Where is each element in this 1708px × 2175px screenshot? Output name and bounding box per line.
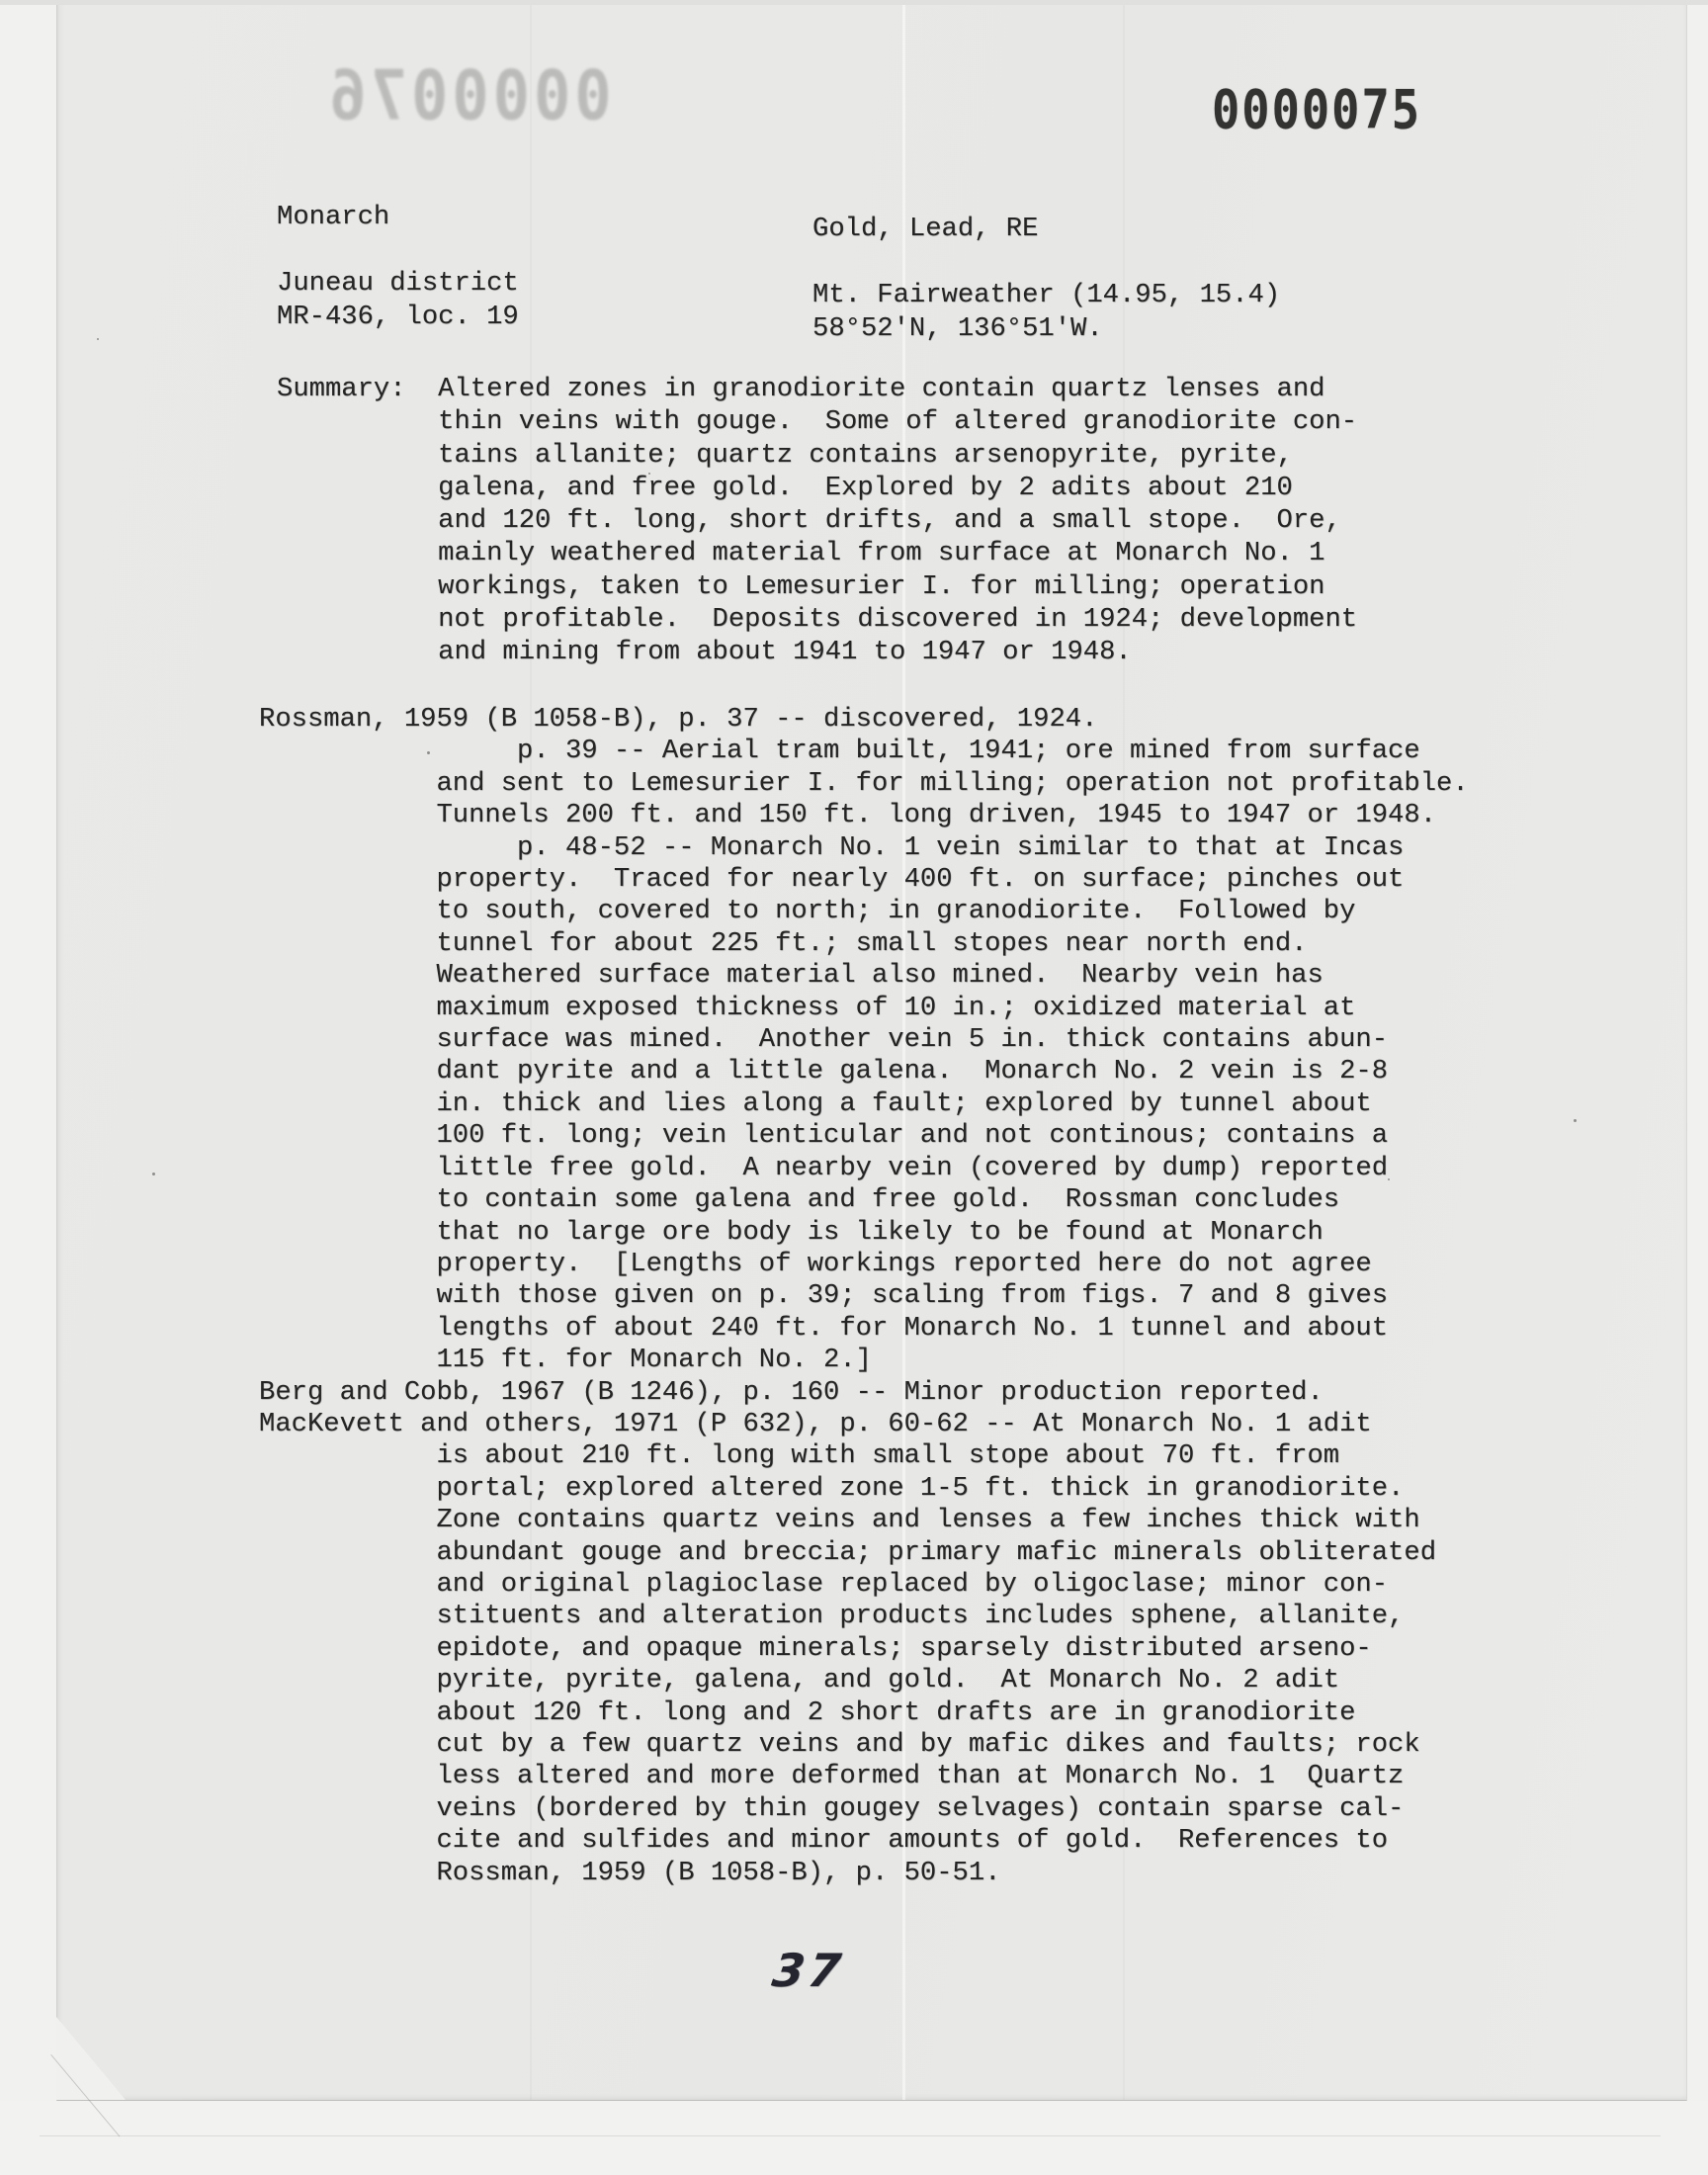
document-line: maximum exposed thickness of 10 in.; oxi…	[259, 993, 1469, 1024]
handwritten-page-number: 37	[769, 1944, 848, 1997]
document-line: tains allanite; quartz contains arsenopy…	[277, 439, 1357, 472]
document-line: Weathered surface material also mined. N…	[259, 960, 1469, 992]
document-line: little free gold. A nearby vein (covered…	[259, 1153, 1469, 1184]
document-line: Tunnels 200 ft. and 150 ft. long driven,…	[259, 800, 1469, 831]
document-line: and 120 ft. long, short drifts, and a sm…	[277, 504, 1357, 537]
document-line: workings, taken to Lemesurier I. for mil…	[277, 570, 1357, 603]
document-line: 115 ft. for Monarch No. 2.]	[259, 1345, 1469, 1376]
document-line: property. [Lengths of workings reported …	[259, 1249, 1469, 1280]
document-line: not profitable. Deposits discovered in 1…	[277, 603, 1357, 636]
document-line: with those given on p. 39; scaling from …	[259, 1280, 1469, 1312]
scan-bottom-margin	[0, 2101, 1708, 2175]
document-line: and sent to Lemesurier I. for milling; o…	[259, 768, 1469, 800]
document-line: Gold, Lead, RE	[812, 213, 1280, 246]
document-line: Rossman, 1959 (B 1058-B), p. 37 -- disco…	[259, 704, 1469, 736]
document-line: veins (bordered by thin gougey selvages)…	[259, 1793, 1469, 1825]
document-line: cite and sulfides and minor amounts of g…	[259, 1825, 1469, 1857]
scanned-page: { "stamps": { "serial_number": "0000075"…	[0, 0, 1708, 2175]
mirrored-bleedthrough-stamp: 0000076	[314, 55, 623, 136]
document-line: pyrite, pyrite, galena, and gold. At Mon…	[259, 1665, 1469, 1696]
document-line: MacKevett and others, 1971 (P 632), p. 6…	[259, 1409, 1469, 1440]
document-line: 58°52'N, 136°51'W.	[812, 312, 1280, 346]
document-line: Summary: Altered zones in granodiorite c…	[277, 373, 1357, 405]
references-section: Rossman, 1959 (B 1058-B), p. 37 -- disco…	[259, 704, 1469, 1889]
document-line: Rossman, 1959 (B 1058-B), p. 50-51.	[259, 1858, 1469, 1889]
document-line: and original plagioclase replaced by oli…	[259, 1569, 1469, 1601]
document-line: portal; explored altered zone 1-5 ft. th…	[259, 1473, 1469, 1505]
header-right-column: Gold, Lead, RE Mt. Fairweather (14.95, 1…	[812, 213, 1280, 345]
document-line: cut by a few quartz veins and by mafic d…	[259, 1729, 1469, 1761]
document-line: p. 39 -- Aerial tram built, 1941; ore mi…	[259, 736, 1469, 767]
document-line: galena, and free gold. Explored by 2 adi…	[277, 472, 1357, 504]
document-line: surface was mined. Another vein 5 in. th…	[259, 1024, 1469, 1056]
scan-top-edge	[0, 0, 1708, 5]
header-left-column: Monarch Juneau districtMR-436, loc. 19	[277, 201, 519, 333]
document-line: and mining from about 1941 to 1947 or 19…	[277, 636, 1357, 668]
document-line: about 120 ft. long and 2 short drafts ar…	[259, 1697, 1469, 1729]
document-line: in. thick and lies along a fault; explor…	[259, 1088, 1469, 1120]
document-line: p. 48-52 -- Monarch No. 1 vein similar t…	[259, 832, 1469, 864]
document-line: is about 210 ft. long with small stope a…	[259, 1440, 1469, 1472]
document-line: MR-436, loc. 19	[277, 301, 519, 334]
scan-speck	[1574, 1119, 1577, 1122]
summary-paragraph: Summary: Altered zones in granodiorite c…	[277, 373, 1357, 669]
document-line: thin veins with gouge. Some of altered g…	[277, 405, 1357, 438]
document-line: abundant gouge and breccia; primary mafi…	[259, 1537, 1469, 1569]
document-line: Juneau district	[277, 267, 519, 301]
document-line: Zone contains quartz veins and lenses a …	[259, 1505, 1469, 1536]
document-line: tunnel for about 225 ft.; small stopes n…	[259, 928, 1469, 960]
page-corner-fold	[56, 2017, 126, 2100]
document-line: that no large ore body is likely to be f…	[259, 1217, 1469, 1249]
document-line: Mt. Fairweather (14.95, 15.4)	[812, 279, 1280, 312]
scan-speck	[97, 338, 99, 340]
document-line: to contain some galena and free gold. Ro…	[259, 1184, 1469, 1216]
document-line: property. Traced for nearly 400 ft. on s…	[259, 864, 1469, 896]
serial-number-stamp: 0000075	[1212, 79, 1421, 141]
document-line	[812, 246, 1280, 280]
document-line: stituents and alteration products includ…	[259, 1601, 1469, 1632]
document-line: mainly weathered material from surface a…	[277, 537, 1357, 569]
document-line: to south, covered to north; in granodior…	[259, 896, 1469, 927]
document-line: epidote, and opaque minerals; sparsely d…	[259, 1633, 1469, 1665]
scan-speck	[152, 1173, 155, 1175]
document-line: Berg and Cobb, 1967 (B 1246), p. 160 -- …	[259, 1377, 1469, 1409]
document-line: lengths of about 240 ft. for Monarch No.…	[259, 1313, 1469, 1345]
scan-bottom-line	[40, 2135, 1661, 2136]
document-line: dant pyrite and a little galena. Monarch…	[259, 1056, 1469, 1087]
document-line	[277, 234, 519, 268]
document-line: Monarch	[277, 201, 519, 234]
document-line: less altered and more deformed than at M…	[259, 1761, 1469, 1792]
document-line: 100 ft. long; vein lenticular and not co…	[259, 1120, 1469, 1152]
